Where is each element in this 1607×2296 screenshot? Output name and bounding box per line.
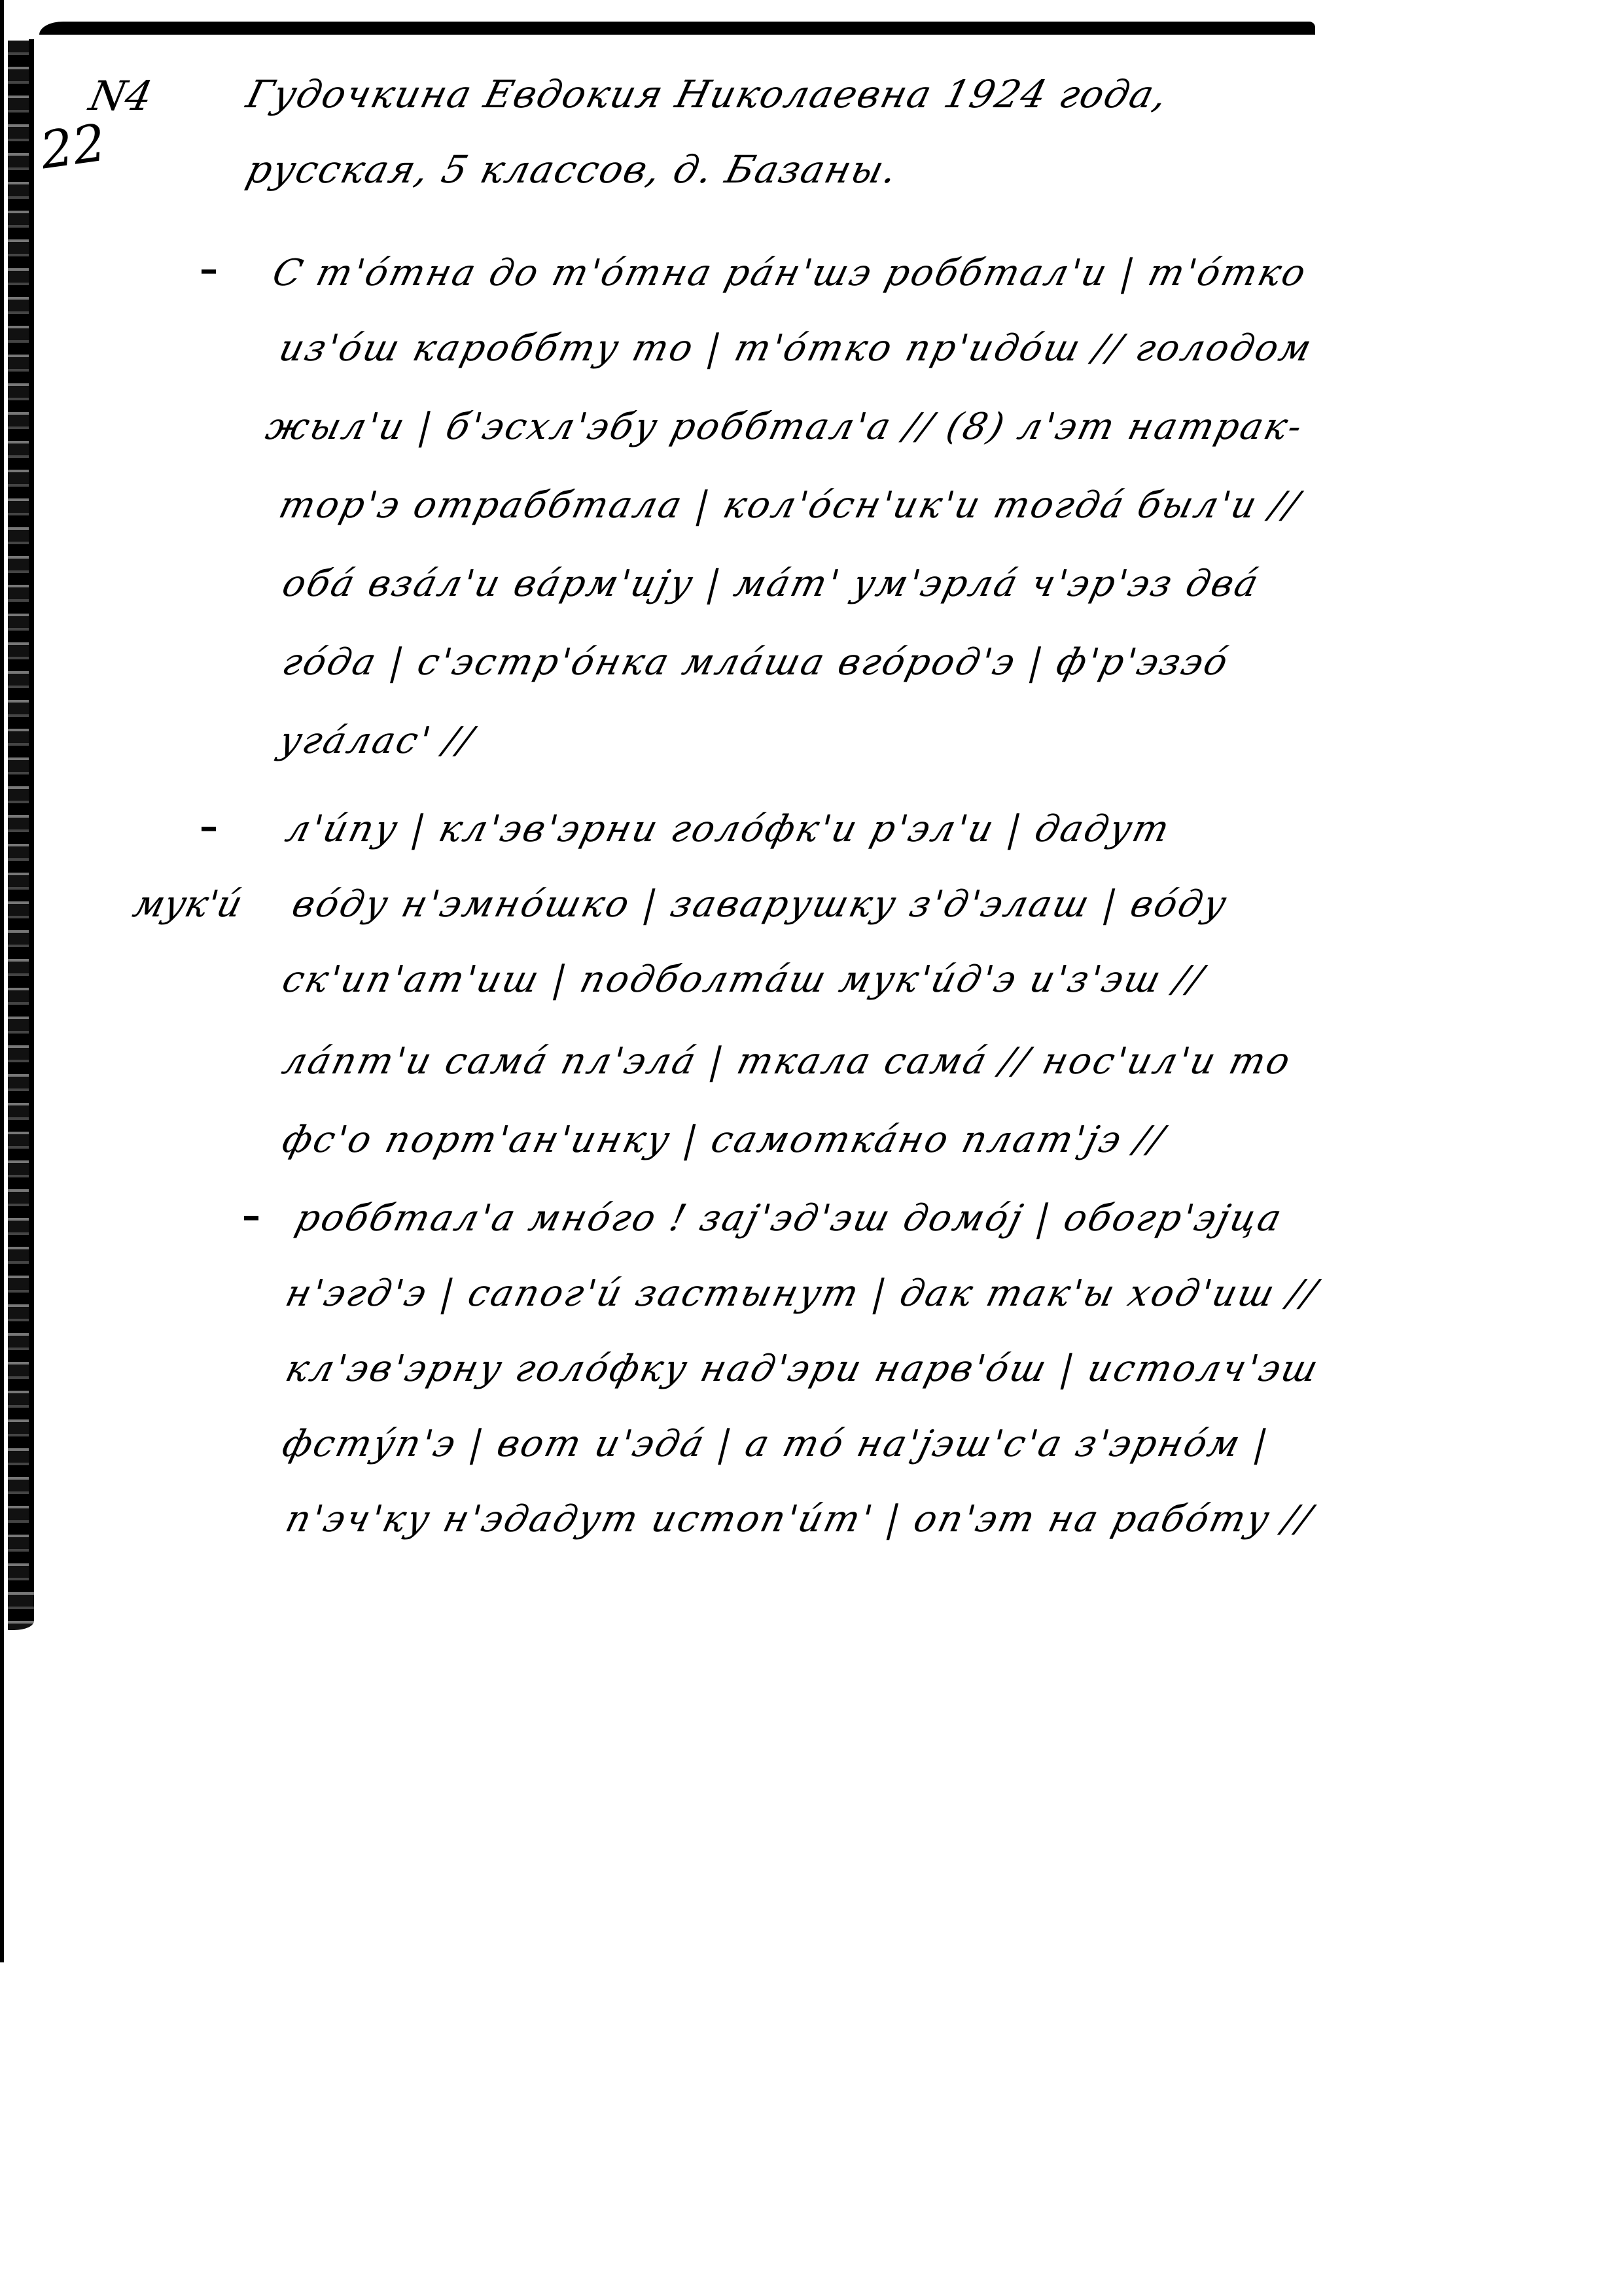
transcript-line: вóду н'эмнóшко | заварушку з'д'элаш | вó… (288, 883, 1233, 926)
paragraph-dash: – (200, 247, 218, 290)
transcript-line: л'и́пу | кл'эв'эрни голо́фк'и р'эл'и | д… (281, 808, 1175, 850)
transcript-line: фсту́п'э | вот и'эда́ | а то́ на'јэш'с'а… (278, 1423, 1274, 1465)
document-number: N4 (85, 72, 156, 120)
paragraph-dash: – (200, 805, 218, 848)
paragraph-dash: – (242, 1194, 260, 1237)
scan-left-edge (0, 0, 4, 1962)
transcript-line: из'óш кароббту то | т'ómко пр'идóш // го… (275, 327, 1317, 370)
page-top-edge (39, 22, 1315, 35)
transcript-line: тор'э отраббтала | кол'óсн'ик'и тогда́ б… (275, 484, 1305, 527)
transcript-line: гóда | с'эстр'óнка млáша вгóрод'э | ф'р'… (278, 641, 1234, 684)
transcript-line: С т'ómна до т'ómна ра́н'шэ роббтал'и | т… (268, 252, 1312, 294)
transcript-line: ла́пт'и сама́ пл'эла́ | ткала сама́ // н… (278, 1040, 1296, 1083)
margin-insertion: мук'и́ (129, 883, 247, 926)
transcript-line: оба́ вза́л'и ва́рм'ију | ма́т' ум'эрла́ … (278, 563, 1264, 605)
speaker-info-line-2: русская, 5 классов, д. Базаны. (242, 147, 903, 192)
transcript-line: жыл'и | б'эсхл'эбу роббтал'а // (8) л'эт… (262, 406, 1308, 448)
transcript-line: н'эгд'э | сапог'и́ застынут | дак так'ы … (281, 1272, 1323, 1315)
transcript-line: фс'о порт'ан'инку | самоткáно плат'јэ // (278, 1119, 1170, 1161)
transcript-line: п'эч'ку н'эдадут истоп'и́т' | оп'эт на р… (281, 1498, 1318, 1540)
binding-edge (29, 39, 34, 1583)
page-number: 22 (37, 114, 109, 181)
transcript-line: кл'эв'эрну голóфку над'эри нарв'óш | ист… (281, 1348, 1324, 1390)
transcript-line: ск'ип'ат'иш | подболта́ш мук'и́д'э и'з'э… (278, 958, 1209, 1001)
transcript-line: уга́лас' // (275, 720, 479, 762)
speaker-info-line-1: Гудочкина Евдокия Николаевна 1924 года, (242, 72, 1173, 116)
transcript-line: роббтал'а мнóго ! зај'эд'эш домо́ј | обо… (291, 1197, 1288, 1240)
